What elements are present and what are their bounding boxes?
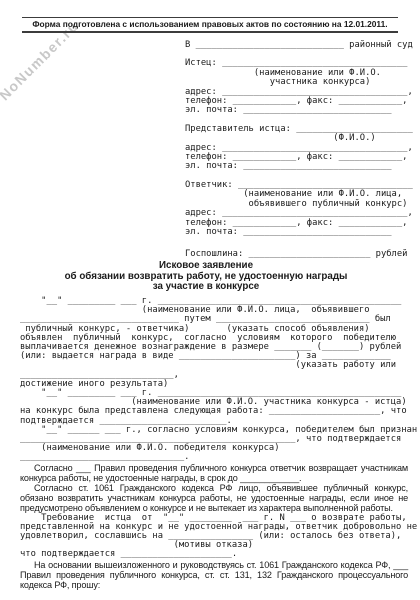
state-fee-line: Госпошлина: _______________________ рубл…: [185, 250, 413, 259]
header-requisites: В ____________________________ районный …: [185, 41, 413, 260]
defendant-block: Ответчик: ______________________________…: [185, 181, 413, 237]
title-line-1: Исковое заявление: [0, 261, 412, 272]
body-line: что подтверждается _____________________…: [20, 550, 408, 559]
conclusion-paragraph: На основании вышеизложенного и руководст…: [20, 560, 408, 591]
representative-email-line: эл. почта: ____________________________: [185, 162, 413, 171]
prepared-note: Форма подготовлена с использованием прав…: [22, 17, 398, 33]
plaintiff-email-line: эл. почта: ____________________________: [185, 106, 413, 115]
rules-return-paragraph: Согласно ___ Правил проведения публичног…: [20, 463, 408, 483]
title-line-3: за участие в конкурсе: [0, 282, 412, 293]
court-line: В ____________________________ районный …: [185, 41, 413, 50]
document-title: Исковое заявление об обязании возвратить…: [0, 261, 412, 293]
representative-block: Представитель истца: ___________________…: [185, 125, 413, 172]
civil-code-1061-paragraph: Согласно ст. 1061 Гражданского кодекса Р…: [20, 483, 408, 514]
document-page: NoNumber.ru Форма подготовлена с использ…: [0, 0, 420, 600]
plaintiff-block: Истец: _________________________________…: [185, 59, 413, 115]
defendant-email-line: эл. почта: ____________________________: [185, 228, 413, 237]
document-body: "__" _________ ___ г. __________________…: [20, 297, 408, 590]
body-line: _______________________________.: [20, 453, 408, 462]
